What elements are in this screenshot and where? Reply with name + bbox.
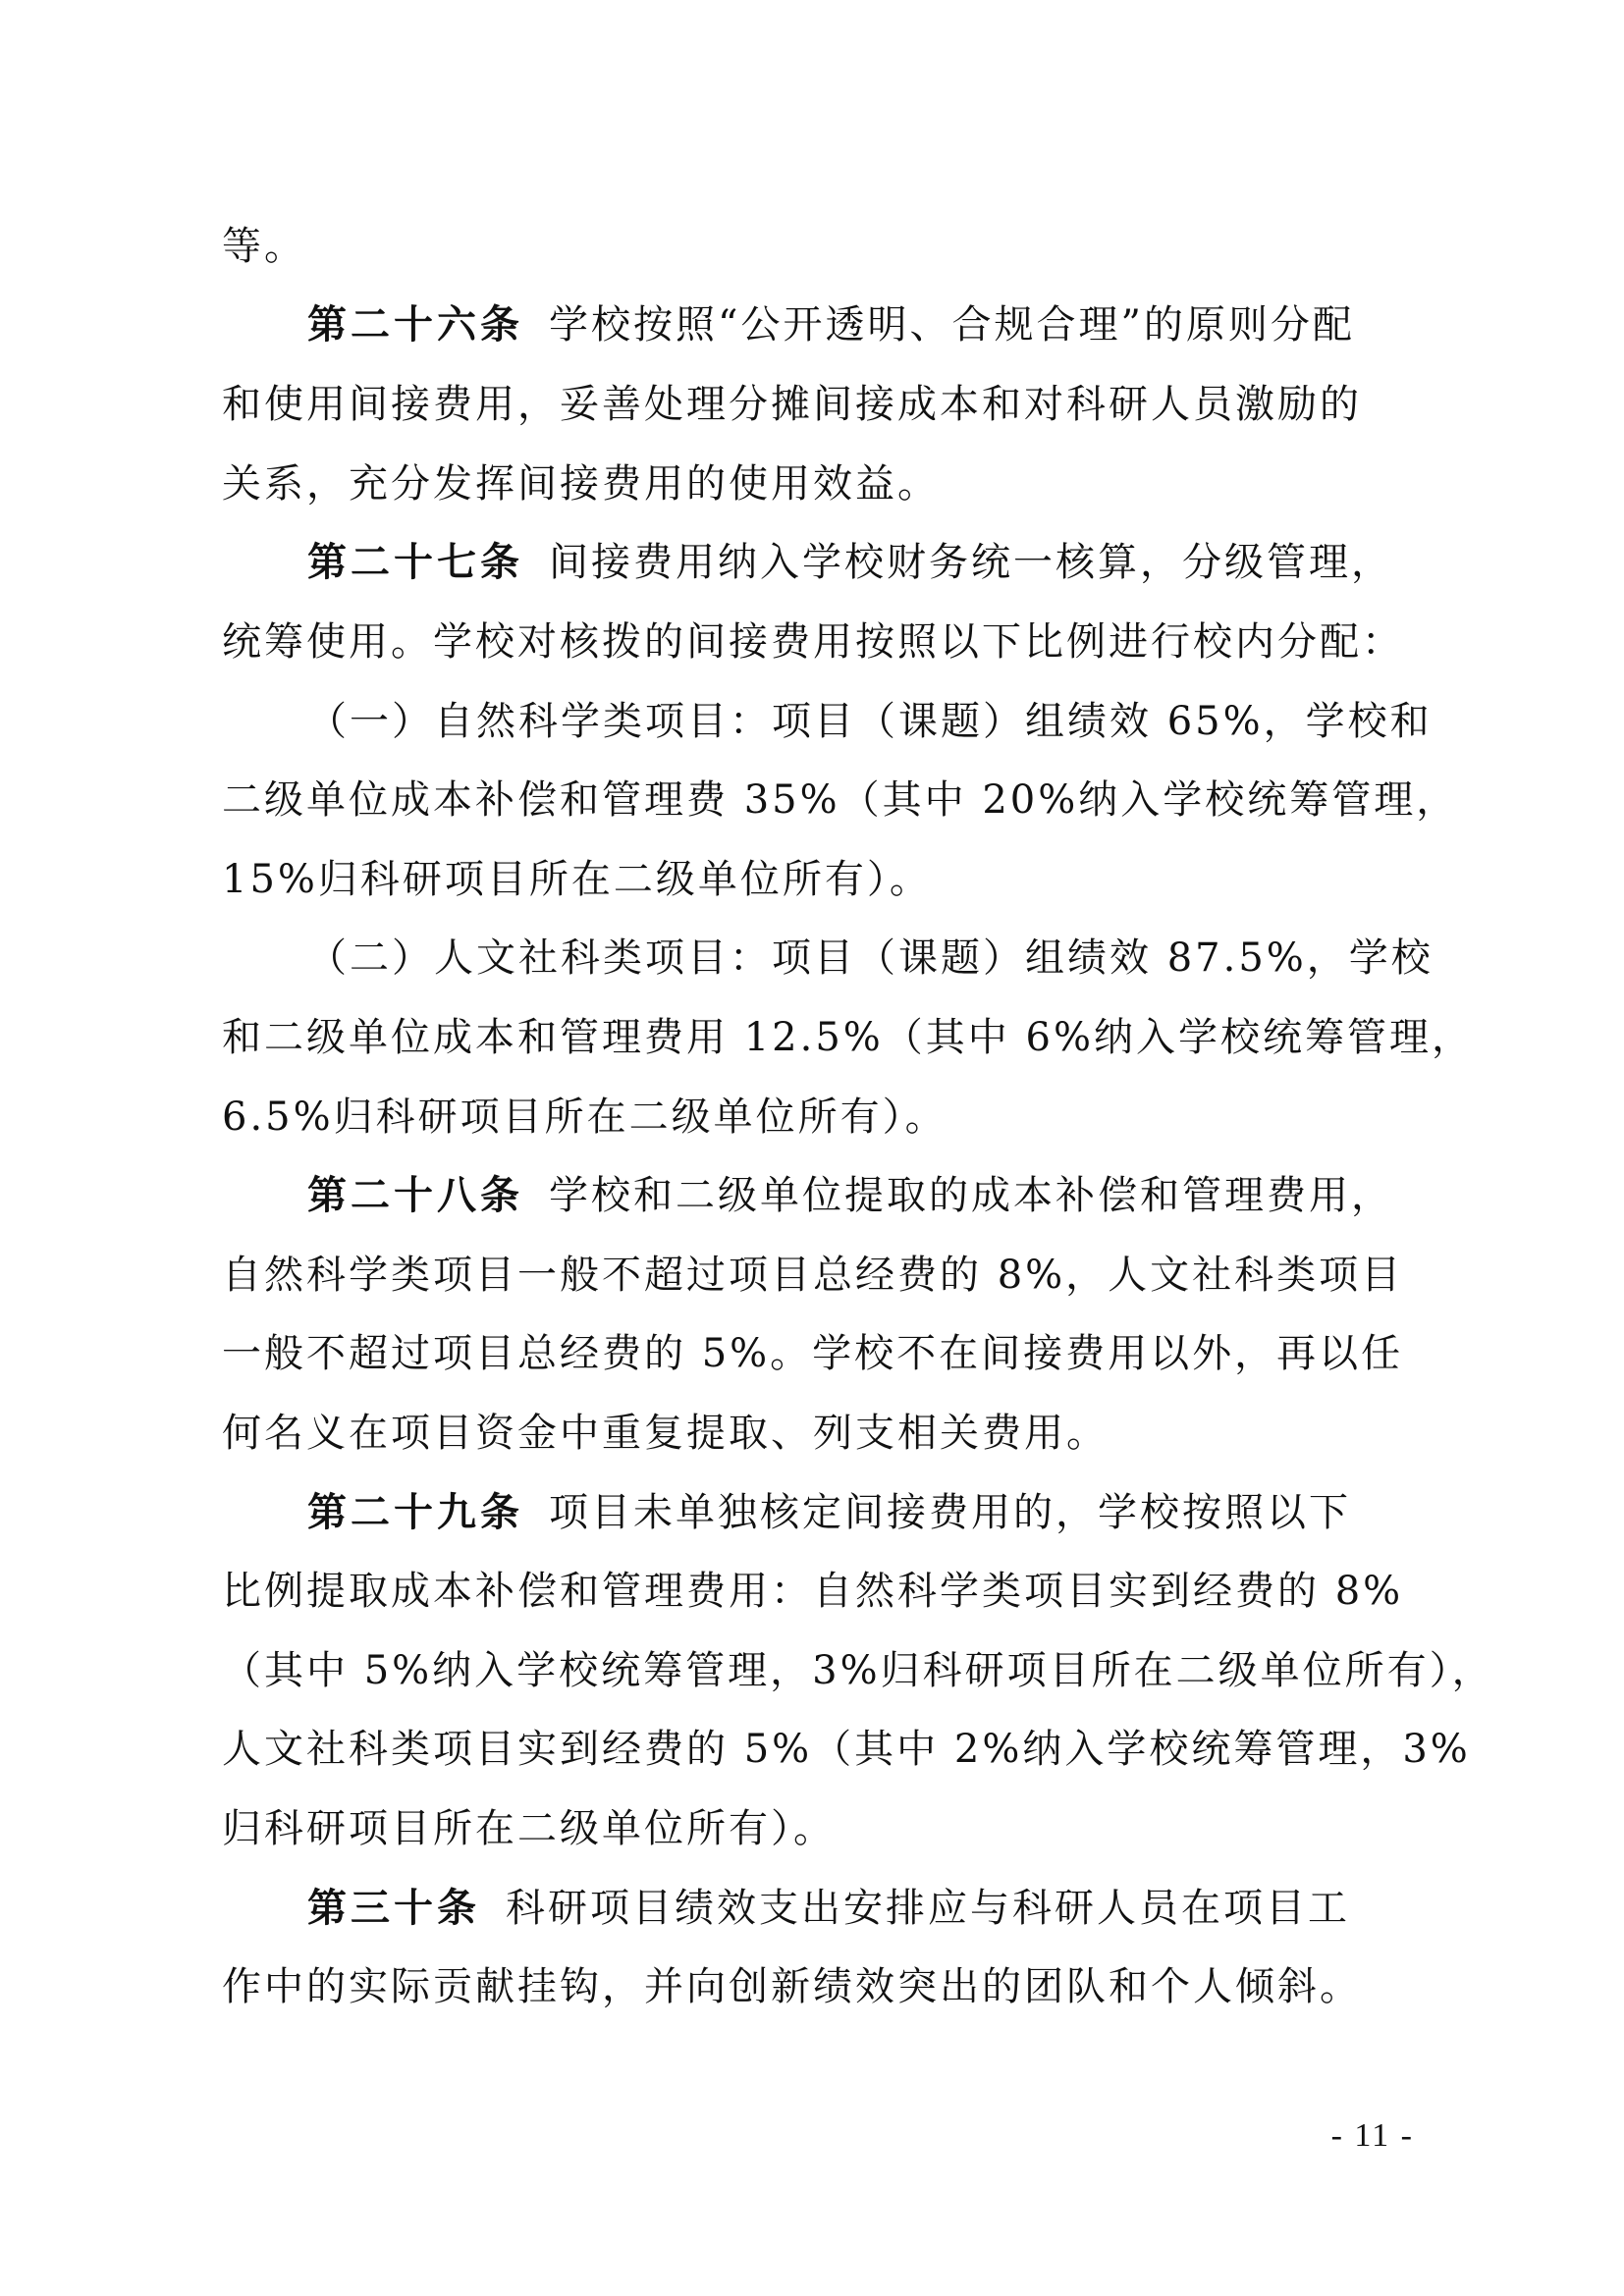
line-text: 一般不超过项目总经费的 5%。学校不在间接费用以外，再以任 <box>222 1331 1403 1376</box>
line-text: 间接费用纳入学校财务统一核算，分级管理， <box>549 540 1393 585</box>
paragraph-line: 何名义在项目资金中重复提取、列支相关费用。 <box>222 1409 1410 1458</box>
line-text: 6.5%归科研项目所在二级单位所有）。 <box>222 1095 947 1140</box>
line-text: 自然科学类项目一般不超过项目总经费的 8%，人文社科类项目 <box>222 1253 1403 1298</box>
paragraph-line: 等。 <box>222 222 1410 271</box>
line-text: 何名义在项目资金中重复提取、列支相关费用。 <box>222 1411 1109 1456</box>
line-text: 项目未单独核定间接费用的，学校按照以下 <box>549 1490 1351 1535</box>
line-text: 和使用间接费用，妥善处理分摊间接成本和对科研人员激励的 <box>222 382 1362 427</box>
paragraph-line: 15%归科研项目所在二级单位所有）。 <box>222 855 1410 904</box>
paragraph-line: 比例提取成本补偿和管理费用：自然科学类项目实到经费的 8% <box>222 1567 1410 1616</box>
line-text: 关系，充分发挥间接费用的使用效益。 <box>222 461 940 507</box>
paragraph-line: 归科研项目所在二级单位所有）。 <box>222 1804 1410 1853</box>
article-heading: 第三十条 <box>307 1886 480 1931</box>
paragraph-line: 关系，充分发挥间接费用的使用效益。 <box>222 459 1410 508</box>
line-text: 二级单位成本补偿和管理费 35%（其中 20%纳入学校统筹管理， <box>222 777 1458 823</box>
line-text: 和二级单位成本和管理费用 12.5%（其中 6%纳入学校统筹管理， <box>222 1015 1474 1060</box>
article-heading: 第二十六条 <box>307 302 523 347</box>
article-heading: 第二十八条 <box>307 1173 523 1218</box>
list-item-natural-science: （一）自然科学类项目：项目（课题）组绩效 65%，学校和 <box>307 697 1410 746</box>
line-text: 人文社科类项目实到经费的 5%（其中 2%纳入学校统筹管理，3% <box>222 1727 1471 1772</box>
paragraph-line: 二级单位成本补偿和管理费 35%（其中 20%纳入学校统筹管理， <box>222 775 1410 825</box>
line-text: 学校按照“公开透明、合规合理”的原则分配 <box>549 302 1355 347</box>
document-page: 等。 第二十六条学校按照“公开透明、合规合理”的原则分配 和使用间接费用，妥善处… <box>0 0 1624 2296</box>
list-item-humanities: （二）人文社科类项目：项目（课题）组绩效 87.5%，学校 <box>307 934 1410 983</box>
article-26-line: 第二十六条学校按照“公开透明、合规合理”的原则分配 <box>307 300 1410 349</box>
article-28-line: 第二十八条学校和二级单位提取的成本补偿和管理费用， <box>307 1171 1410 1220</box>
line-text: （二）人文社科类项目：项目（课题）组绩效 87.5%，学校 <box>307 935 1434 981</box>
paragraph-line: 统筹使用。学校对核拨的间接费用按照以下比例进行校内分配： <box>222 617 1410 667</box>
line-text: 科研项目绩效支出安排应与科研人员在项目工 <box>506 1886 1350 1931</box>
line-text: 等。 <box>222 224 306 269</box>
article-29-line: 第二十九条项目未单独核定间接费用的，学校按照以下 <box>307 1488 1410 1537</box>
paragraph-line: 一般不超过项目总经费的 5%。学校不在间接费用以外，再以任 <box>222 1329 1410 1378</box>
line-text: 统筹使用。学校对核拨的间接费用按照以下比例进行校内分配： <box>222 619 1404 665</box>
line-text: 归科研项目所在二级单位所有）。 <box>222 1806 836 1851</box>
paragraph-line: 作中的实际贡献挂钩，并向创新绩效突出的团队和个人倾斜。 <box>222 1962 1410 2011</box>
paragraph-line: 6.5%归科研项目所在二级单位所有）。 <box>222 1093 1410 1142</box>
line-text: 15%归科研项目所在二级单位所有）。 <box>222 857 932 902</box>
article-heading: 第二十九条 <box>307 1490 523 1535</box>
line-text: 作中的实际贡献挂钩，并向创新绩效突出的团队和个人倾斜。 <box>222 1964 1362 2009</box>
paragraph-line: 人文社科类项目实到经费的 5%（其中 2%纳入学校统筹管理，3% <box>222 1725 1410 1774</box>
paragraph-line: 自然科学类项目一般不超过项目总经费的 8%，人文社科类项目 <box>222 1251 1410 1300</box>
article-30-line: 第三十条科研项目绩效支出安排应与科研人员在项目工 <box>307 1884 1410 1933</box>
article-27-line: 第二十七条间接费用纳入学校财务统一核算，分级管理， <box>307 538 1410 587</box>
page-number: - 11 - <box>1276 2116 1414 2156</box>
article-heading: 第二十七条 <box>307 540 523 585</box>
paragraph-line: （其中 5%纳入学校统筹管理，3%归科研项目所在二级单位所有）， <box>222 1646 1410 1695</box>
line-text: 比例提取成本补偿和管理费用：自然科学类项目实到经费的 8% <box>222 1569 1403 1614</box>
paragraph-line: 和二级单位成本和管理费用 12.5%（其中 6%纳入学校统筹管理， <box>222 1013 1410 1062</box>
line-text: （一）自然科学类项目：项目（课题）组绩效 65%，学校和 <box>307 699 1433 744</box>
paragraph-line: 和使用间接费用，妥善处理分摊间接成本和对科研人员激励的 <box>222 380 1410 429</box>
line-text: 学校和二级单位提取的成本补偿和管理费用， <box>549 1173 1393 1218</box>
line-text: （其中 5%纳入学校统筹管理，3%归科研项目所在二级单位所有）， <box>222 1648 1494 1693</box>
